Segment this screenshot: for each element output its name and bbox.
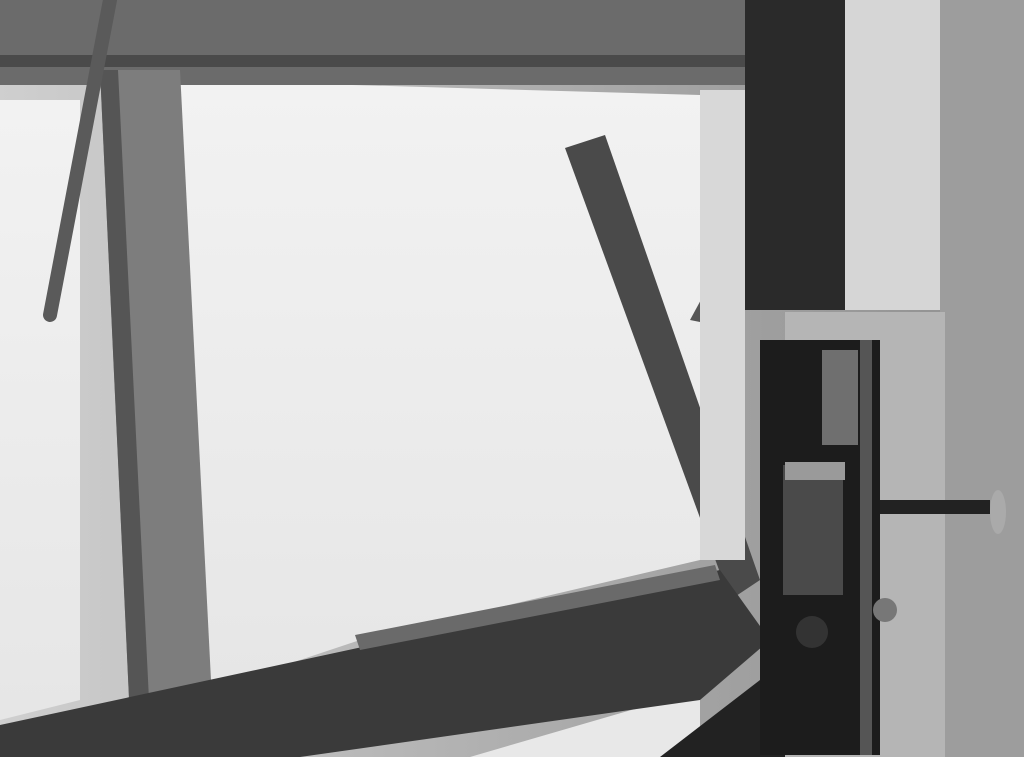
- wall-telephone-box: [760, 312, 945, 757]
- window-jamb: [700, 90, 745, 560]
- dark-wall-post: [745, 0, 845, 310]
- photo-scene: [0, 0, 1024, 757]
- photograph: [0, 0, 1024, 757]
- wooden-wall-panel: [845, 0, 940, 310]
